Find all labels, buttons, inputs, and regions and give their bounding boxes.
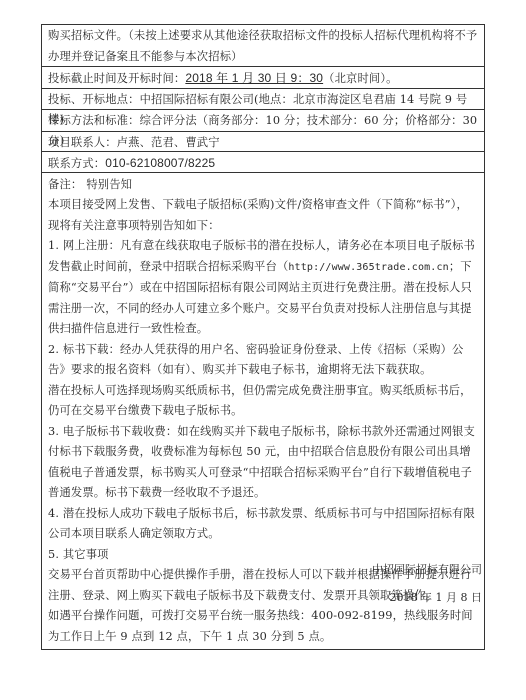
row-contacts: 项目联系人：卢燕、范君、曹武宁 [42, 132, 484, 152]
tender-info-table: 购买招标文件。（未按上述要求从其他途径获取招标文件的投标人招标代理机构将不予办理… [41, 24, 485, 650]
deadline-suffix: （北京时间）。 [323, 72, 397, 85]
notice-heading-label: 备注： [48, 178, 82, 191]
notice-intro: 本项目接受网上发售、下载电子版招标(采购)文件/资格审查文件（下简称“标书”），… [48, 195, 479, 236]
row-location: 投标、开标地点：中招国际招标有限公司(地点：北京市海淀区皂君庙 14 号院 9 … [42, 89, 484, 111]
contacts-text: 项目联系人：卢燕、范君、曹武宁 [48, 136, 220, 149]
signature-date: 2018 年 1 月 8 日 [390, 589, 482, 605]
purchase-notice-text: 购买招标文件。（未按上述要求从其他途径获取招标文件的投标人招标代理机构将不予办理… [48, 29, 477, 63]
signature-company: 中招国际招标有限公司 [372, 561, 482, 577]
notice-item-hotline: 如遇平台操作问题，可拨打交易平台统一服务热线：400-092-8199，热线服务… [48, 606, 479, 647]
notice-heading: 备注：特别告知 [48, 175, 479, 196]
notice-item-download: 2. 标书下载：经办人凭获得的用户名、密码验证身份登录、上传《招标（采购）公告》… [48, 340, 479, 381]
deadline-value: 2018 年 1 月 30 日 9：30 [185, 71, 323, 85]
notice-item-fee: 3. 电子版标书下载收费：如在线购买并下载电子版标书，除标书款外还需通过网银支付… [48, 422, 479, 504]
platform-url-link[interactable]: http://www.365trade.com.cn [288, 262, 448, 273]
row-special-notice: 备注：特别告知 本项目接受网上发售、下载电子版招标(采购)文件/资格审查文件（下… [42, 173, 484, 650]
notice-item-paper-purchase: 潜在投标人可选择现场购买纸质标书，但仍需完成免费注册事宜。购买纸质标书后，仍可在… [48, 381, 479, 422]
notice-item-registration: 1. 网上注册：凡有意在线获取电子版标书的潜在投标人，请务必在本项目电子版标书发… [48, 236, 479, 340]
phone-value: 010-62108007/8225 [105, 156, 215, 170]
phone-label: 联系方式： [48, 157, 105, 170]
notice-item-invoice: 4. 潜在投标人成功下载电子版标书后，标书款发票、纸质标书可与中招国际招标有限公… [48, 504, 479, 545]
notice-heading-title: 特别告知 [86, 178, 132, 191]
row-deadline: 投标截止时间及开标时间：2018 年 1 月 30 日 9：30（北京时间）。 [42, 67, 484, 89]
row-evaluation: 评标方法和标准：综合评分法（商务部分：10 分；技术部分：60 分；价格部分：3… [42, 110, 484, 132]
row-purchase-notice: 购买招标文件。（未按上述要求从其他途径获取招标文件的投标人招标代理机构将不予办理… [42, 25, 484, 67]
row-phone: 联系方式：010-62108007/8225 [42, 152, 484, 173]
deadline-label: 投标截止时间及开标时间： [48, 72, 185, 85]
